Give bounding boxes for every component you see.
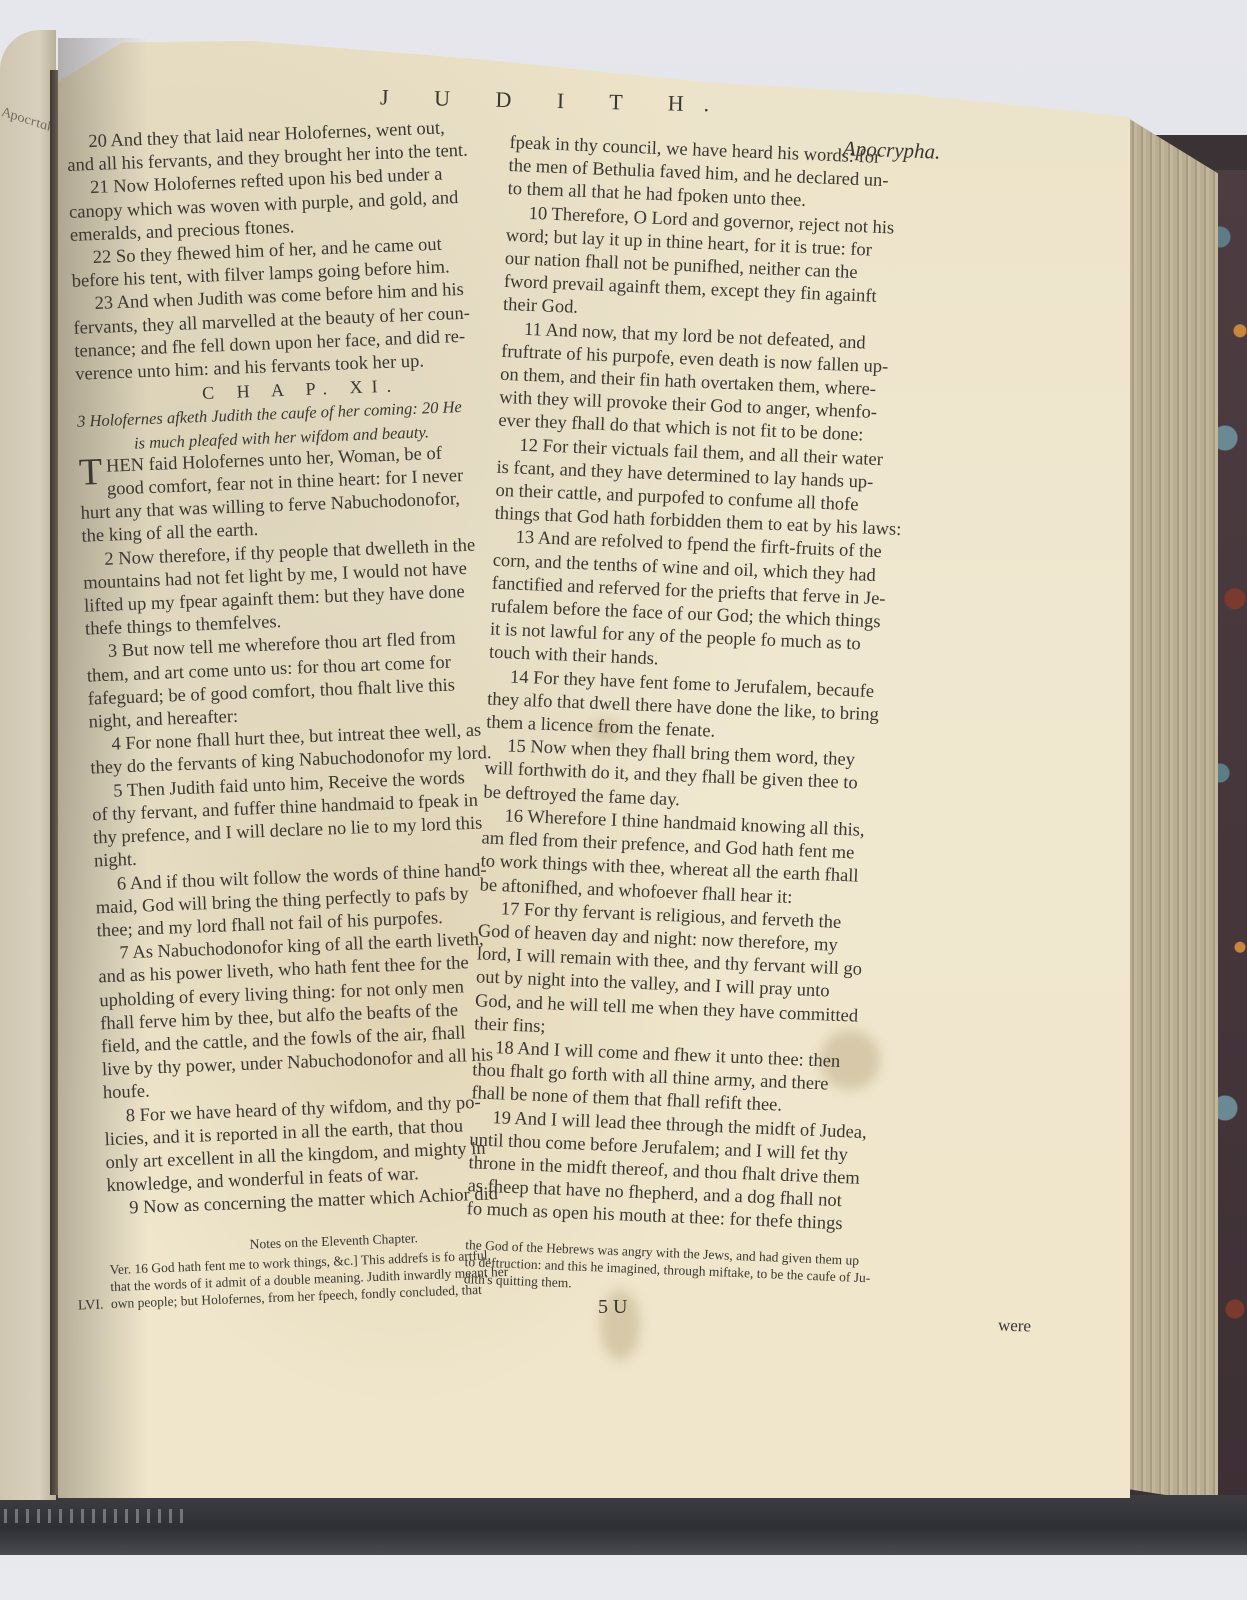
verses-right: fpeak in thy council, we have heard his … <box>466 132 979 1241</box>
spine-stitching <box>4 1509 184 1523</box>
book-gutter <box>50 70 58 1495</box>
page-marker: LVI. <box>78 1298 104 1315</box>
catchword: were <box>998 1315 1032 1336</box>
book-cover-bottom <box>0 1495 1247 1555</box>
facing-page-left[interactable]: Apocrtaken beexhortatmand ththat Iwhereo… <box>0 30 56 1500</box>
signature-mark: 5 U <box>598 1296 627 1319</box>
page-block-fore-edge <box>1128 118 1218 1503</box>
dropcap-letter: T <box>79 462 103 483</box>
verses-chapter-10-end: 20 And they that laid near Holofernes, w… <box>66 115 525 387</box>
facing-page-fragment: Apocr <box>2 105 36 131</box>
facing-page-text: Apocrtaken beexhortatmand ththat Iwhereo… <box>2 102 54 141</box>
text-column-right: fpeak in thy council, we have heard his … <box>464 132 980 1305</box>
